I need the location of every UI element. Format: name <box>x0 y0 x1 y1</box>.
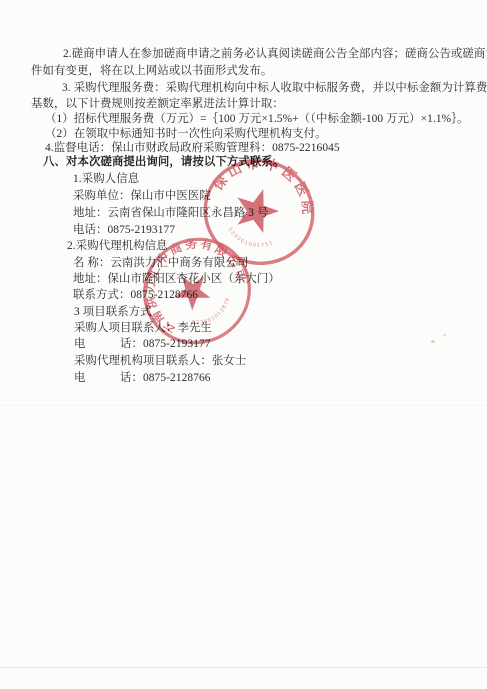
agency-name: 名 称：云南洪力汇中商务有限公司 <box>73 256 248 270</box>
hospital-seal-serial: 533001001751 <box>223 225 276 255</box>
buyer-phone: 电话：0875-2193177 <box>73 223 175 237</box>
agency-info-title: 2.采购代理机构信息 <box>67 239 168 253</box>
scan-artifact-line <box>0 405 487 406</box>
agency-contact-phone: 电 话：0875-2128766 <box>74 371 211 385</box>
scanned-document-page: 2.磋商申请人在参加磋商申请之前务必认真阅读磋商公告全部内容；磋商公告或磋商文 … <box>0 0 487 689</box>
buyer-info-title: 1.采购人信息 <box>73 172 139 186</box>
project-contact-title: 3 项目联系方式 <box>74 305 152 319</box>
fee-formula-line: （1）招标代理服务费（万元）=｛100 万元×1.5%+（（中标金额-100 万… <box>45 112 469 126</box>
buyer-address: 地址：云南省保山市隆阳区永昌路 3 号 <box>73 206 269 220</box>
fee-payment-line: （2）在领取中标通知书时一次性向采购代理机构支付。 <box>45 127 327 141</box>
supervision-phone: 4.监督电话：保山市财政局政府采购管理科：0875-2216045 <box>45 141 340 155</box>
para3-line2: 基数，以下计费规则按差额定率累进法计算计取： <box>31 97 284 111</box>
para2-line2: 件如有变更，将在以上网站或以书面形式发布。 <box>31 64 272 78</box>
para3-line1: 3. 采购代理服务费：采购代理机构向中标人收取中标服务费，并以中标金额为计算费用 <box>62 81 487 95</box>
buyer-unit: 采购单位：保山市中医医院 <box>73 189 211 203</box>
scan-red-speck <box>443 334 446 336</box>
scan-red-speck <box>431 340 435 343</box>
agency-contact-person: 采购代理机构项目联系人：张女士 <box>74 354 246 368</box>
buyer-contact-phone: 电 话：0875-2193177 <box>74 337 211 351</box>
scan-page-edge <box>0 667 487 668</box>
buyer-contact-person: 采购人项目联系人：李先生 <box>74 321 212 335</box>
agency-contact: 联系方式：0875-2128766 <box>73 288 198 302</box>
para2-line1: 2.磋商申请人在参加磋商申请之前务必认真阅读磋商公告全部内容；磋商公告或磋商文 <box>63 47 487 61</box>
section8-heading: 八、对本次磋商提出询问，请按以下方式联系。 <box>43 155 284 169</box>
agency-address: 地址：保山市隆阳区杏花小区（东大门） <box>73 272 280 286</box>
